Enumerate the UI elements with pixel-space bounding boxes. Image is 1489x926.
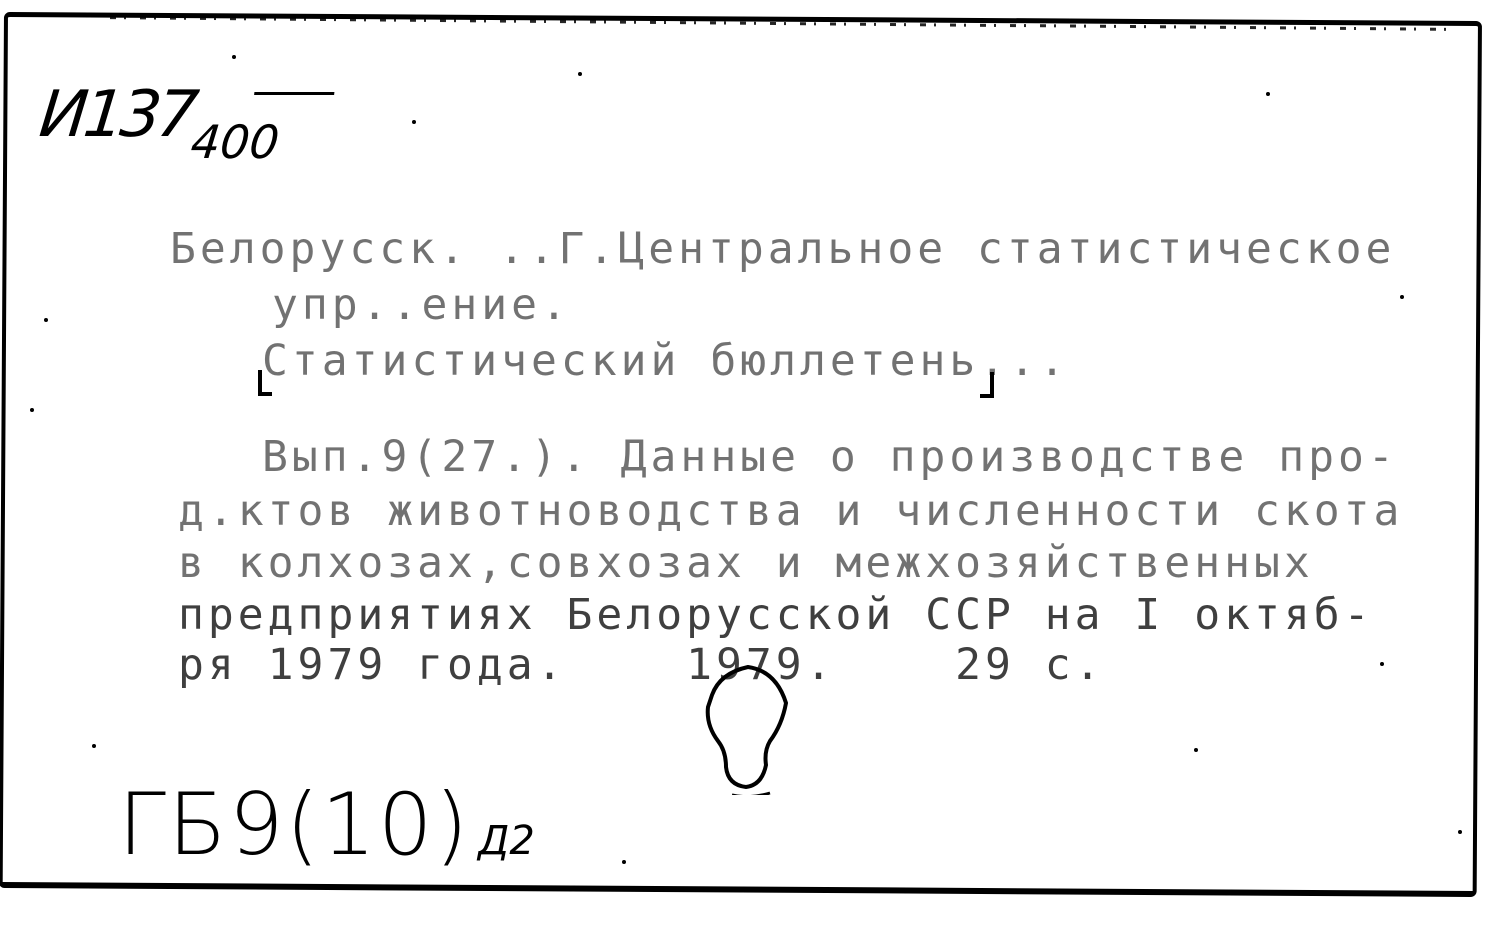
- scan-speck: [578, 72, 582, 76]
- scan-speck: [1194, 748, 1198, 752]
- call-number-sub: 400: [188, 115, 281, 169]
- title-bracket-right: [980, 372, 994, 398]
- punch-hole-icon: [690, 655, 810, 795]
- scan-speck: [622, 860, 626, 864]
- title-line: Статистический бюллетень...: [262, 336, 1069, 386]
- body-line-2: д.ктов животноводства и численности скот…: [178, 486, 1403, 536]
- call-number-main: И137: [36, 78, 198, 152]
- shelf-mark-main: ГБ9(10): [118, 775, 470, 875]
- scan-speck: [1266, 92, 1270, 96]
- scan-speck: [232, 55, 236, 59]
- scan-speck: [92, 744, 96, 748]
- shelf-mark: ГБ9(10)Д2: [118, 775, 535, 875]
- author-line-1: Белорусск. ..Г.Центральное статистическо…: [170, 224, 1395, 274]
- scan-speck: [412, 120, 416, 124]
- body-line-1: Вып.9(27.). Данные о производстве про-: [262, 432, 1398, 482]
- scan-speck: [1458, 830, 1462, 834]
- call-number: И137400: [36, 78, 286, 152]
- scan-speck: [44, 318, 48, 322]
- author-line-2: упр..ение.: [272, 280, 571, 330]
- shelf-mark-extra: Д2: [478, 818, 535, 864]
- scan-speck: [1400, 295, 1404, 299]
- body-line-4: предприятиях Белорусской ССР на I октяб-: [178, 590, 1374, 640]
- scan-speck: [30, 408, 34, 412]
- body-line-3: в колхозах,совхозах и межхозяйственных: [178, 538, 1314, 588]
- scan-speck: [1380, 662, 1384, 666]
- catalog-card-scan: И137400 Белорусск. ..Г.Центральное стати…: [0, 0, 1489, 926]
- title-bracket-left: [258, 370, 272, 396]
- call-number-overline: [254, 92, 334, 95]
- body-line-5: ря 1979 года. 1979. 29 с.: [178, 640, 1105, 690]
